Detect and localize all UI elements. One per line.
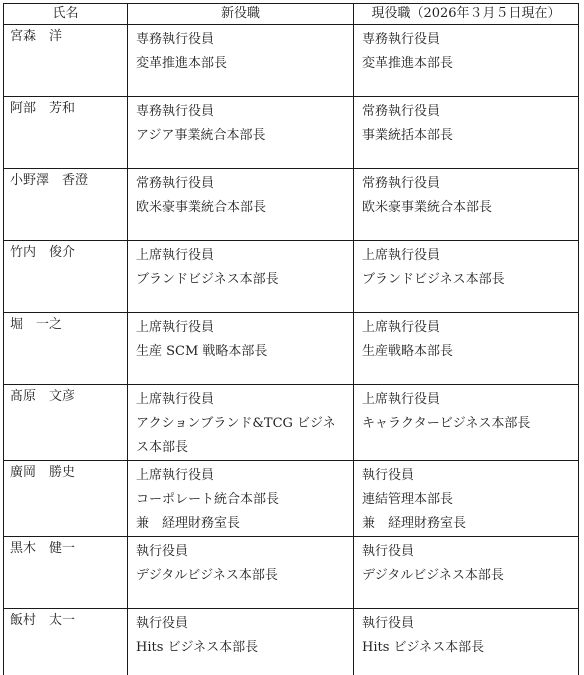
header-current-position: 現役職（2026年３月５日現在） <box>354 4 579 25</box>
position-department: Hits ビジネス本部長 <box>136 636 353 660</box>
person-name: 小野澤 香澄 <box>4 169 128 241</box>
position-title: 専務執行役員 <box>136 100 353 124</box>
table-row: 堀 一之上席執行役員生産 SCM 戦略本部長上席執行役員生産戦略本部長 <box>4 313 579 385</box>
position-department: 事業統括本部長 <box>362 124 578 148</box>
position-title: 上席執行役員 <box>136 464 353 488</box>
position-department: キャラクタービジネス本部長 <box>362 412 578 436</box>
position-department: ブランドビジネス本部長 <box>362 268 578 292</box>
position-department: 兼 経理財務室長 <box>362 512 578 536</box>
position-department: 連結管理本部長 <box>362 488 578 512</box>
current-position-cell: 常務執行役員事業統括本部長 <box>354 97 579 169</box>
position-department: 変革推進本部長 <box>362 52 578 76</box>
position-department: アクションブランド&TCG ビジネ <box>136 412 353 436</box>
new-position-cell: 専務執行役員アジア事業統合本部長 <box>128 97 354 169</box>
header-new-position: 新役職 <box>128 4 354 25</box>
table-row: 阿部 芳和専務執行役員アジア事業統合本部長常務執行役員事業統括本部長 <box>4 97 579 169</box>
table-row: 飯村 太一執行役員Hits ビジネス本部長執行役員Hits ビジネス本部長 <box>4 609 579 675</box>
position-department: 生産 SCM 戦略本部長 <box>136 340 353 364</box>
position-title: 上席執行役員 <box>362 316 578 340</box>
current-position-cell: 執行役員デジタルビジネス本部長 <box>354 537 579 609</box>
position-title: 上席執行役員 <box>136 316 353 340</box>
position-title: 執行役員 <box>136 540 353 564</box>
person-name: 廣岡 勝史 <box>4 461 128 537</box>
person-name: 黒木 健一 <box>4 537 128 609</box>
executive-appointments-table: 氏名 新役職 現役職（2026年３月５日現在） 宮森 洋専務執行役員変革推進本部… <box>3 3 579 675</box>
position-title: 常務執行役員 <box>362 100 578 124</box>
current-position-cell: 執行役員Hits ビジネス本部長 <box>354 609 579 675</box>
person-name: 髙原 文彦 <box>4 385 128 461</box>
position-department: 欧米豪事業統合本部長 <box>362 196 578 220</box>
position-title: 執行役員 <box>136 612 353 636</box>
current-position-cell: 上席執行役員生産戦略本部長 <box>354 313 579 385</box>
current-position-cell: 常務執行役員欧米豪事業統合本部長 <box>354 169 579 241</box>
current-position-cell: 上席執行役員ブランドビジネス本部長 <box>354 241 579 313</box>
position-title: 執行役員 <box>362 540 578 564</box>
position-department: ブランドビジネス本部長 <box>136 268 353 292</box>
position-title: 上席執行役員 <box>362 244 578 268</box>
position-department: デジタルビジネス本部長 <box>362 564 578 588</box>
person-name: 阿部 芳和 <box>4 97 128 169</box>
new-position-cell: 執行役員Hits ビジネス本部長 <box>128 609 354 675</box>
header-row: 氏名 新役職 現役職（2026年３月５日現在） <box>4 4 579 25</box>
position-department: 生産戦略本部長 <box>362 340 578 364</box>
position-title: 常務執行役員 <box>362 172 578 196</box>
new-position-cell: 専務執行役員変革推進本部長 <box>128 25 354 97</box>
position-title: 専務執行役員 <box>362 28 578 52</box>
position-title: 専務執行役員 <box>136 28 353 52</box>
header-name: 氏名 <box>4 4 128 25</box>
position-title: 上席執行役員 <box>362 388 578 412</box>
position-department: ス本部長 <box>136 436 353 460</box>
position-title: 上席執行役員 <box>136 244 353 268</box>
position-title: 常務執行役員 <box>136 172 353 196</box>
position-department: デジタルビジネス本部長 <box>136 564 353 588</box>
current-position-cell: 専務執行役員変革推進本部長 <box>354 25 579 97</box>
position-department: 兼 経理財務室長 <box>136 512 353 536</box>
position-title: 上席執行役員 <box>136 388 353 412</box>
current-position-cell: 執行役員連結管理本部長兼 経理財務室長 <box>354 461 579 537</box>
new-position-cell: 上席執行役員アクションブランド&TCG ビジネス本部長 <box>128 385 354 461</box>
position-department: 欧米豪事業統合本部長 <box>136 196 353 220</box>
person-name: 堀 一之 <box>4 313 128 385</box>
table-row: 廣岡 勝史上席執行役員コーポレート統合本部長兼 経理財務室長執行役員連結管理本部… <box>4 461 579 537</box>
new-position-cell: 上席執行役員生産 SCM 戦略本部長 <box>128 313 354 385</box>
position-title: 執行役員 <box>362 464 578 488</box>
new-position-cell: 上席執行役員コーポレート統合本部長兼 経理財務室長 <box>128 461 354 537</box>
table-row: 髙原 文彦上席執行役員アクションブランド&TCG ビジネス本部長上席執行役員キャ… <box>4 385 579 461</box>
current-position-cell: 上席執行役員キャラクタービジネス本部長 <box>354 385 579 461</box>
table-row: 黒木 健一執行役員デジタルビジネス本部長執行役員デジタルビジネス本部長 <box>4 537 579 609</box>
new-position-cell: 執行役員デジタルビジネス本部長 <box>128 537 354 609</box>
person-name: 竹内 俊介 <box>4 241 128 313</box>
position-department: Hits ビジネス本部長 <box>362 636 578 660</box>
position-department: 変革推進本部長 <box>136 52 353 76</box>
position-department: アジア事業統合本部長 <box>136 124 353 148</box>
position-title: 執行役員 <box>362 612 578 636</box>
table-row: 宮森 洋専務執行役員変革推進本部長専務執行役員変革推進本部長 <box>4 25 579 97</box>
table-row: 竹内 俊介上席執行役員ブランドビジネス本部長上席執行役員ブランドビジネス本部長 <box>4 241 579 313</box>
new-position-cell: 常務執行役員欧米豪事業統合本部長 <box>128 169 354 241</box>
table-row: 小野澤 香澄常務執行役員欧米豪事業統合本部長常務執行役員欧米豪事業統合本部長 <box>4 169 579 241</box>
person-name: 飯村 太一 <box>4 609 128 675</box>
position-department: コーポレート統合本部長 <box>136 488 353 512</box>
person-name: 宮森 洋 <box>4 25 128 97</box>
new-position-cell: 上席執行役員ブランドビジネス本部長 <box>128 241 354 313</box>
